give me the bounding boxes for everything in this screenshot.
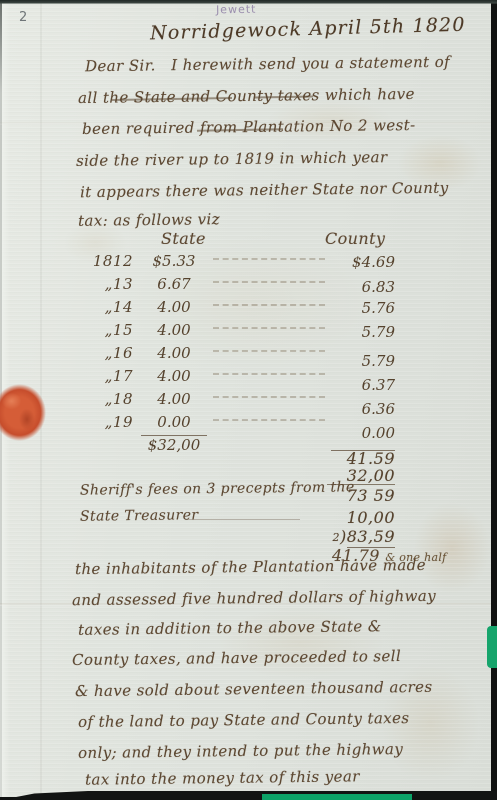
table-row: „13 6.67 6.83 [75, 272, 395, 295]
state-tax-cell: 4.00 [141, 298, 207, 316]
county-tax-cell: 5.79 [331, 323, 395, 341]
body-line: side the river up to 1819 in which year [76, 148, 388, 170]
letter-paper: 2 Jewett Norridgewock April 5th 1820 Dea… [0, 3, 491, 797]
closing-line: of the land to pay State and County taxe… [78, 709, 410, 731]
flourish-line [185, 519, 300, 520]
county-tax-cell: 0.00 [331, 424, 395, 442]
sheriff-note-line: State Treasurer [80, 507, 199, 524]
body-line: all the State and County taxes which hav… [78, 85, 415, 107]
year-cell: „19 [75, 413, 133, 431]
column-header-county: County [325, 229, 385, 248]
scan-border-right [489, 0, 497, 800]
county-tax-cell: 5.76 [331, 299, 395, 317]
body-line: been required from Plantation No 2 west- [82, 116, 416, 138]
year-cell: „13 [75, 275, 133, 293]
state-tax-cell: 4.00 [141, 390, 207, 408]
pencil-annotation: Jewett [216, 3, 257, 17]
closing-line: the inhabitants of the Plantation have m… [75, 556, 426, 578]
dash-leader [213, 395, 325, 398]
state-tax-cell: 0.00 [141, 413, 207, 431]
sheriff-note-line: Sheriff's fees on 3 precepts from the [80, 479, 355, 498]
year-cell: „17 [75, 367, 133, 385]
closing-line: County taxes, and have proceeded to sell [72, 647, 401, 669]
letter-dateline: Norridgewock April 5th 1820 [150, 14, 466, 45]
dash-leader [213, 349, 325, 352]
county-tax-cell: 6.37 [331, 376, 395, 394]
tax-table-header: State County [75, 229, 395, 249]
state-tax-cell: 6.67 [141, 275, 207, 293]
table-row: 1812 $5.33 $4.69 [75, 249, 395, 272]
state-tax-cell: 4.00 [141, 321, 207, 339]
closing-line: & have sold about seventeen thousand acr… [75, 678, 433, 700]
closing-line: only; and they intend to put the highway [78, 740, 403, 762]
closing-line: tax into the money tax of this year [85, 767, 360, 788]
year-cell: „16 [75, 344, 133, 362]
scan-border-top [0, 0, 497, 4]
scanner-green-strip-bottom [262, 794, 412, 800]
scan-border-bottom [10, 791, 497, 800]
state-tax-cell: 4.00 [141, 344, 207, 362]
county-tax-cell: 6.83 [331, 278, 395, 296]
closing-line: taxes in addition to the above State & [78, 617, 382, 639]
divisor: 2 [332, 531, 340, 544]
dash-leader [213, 303, 325, 306]
year-cell: „14 [75, 298, 133, 316]
year-cell: „18 [75, 390, 133, 408]
division-bracket: ) [340, 527, 347, 546]
county-tax-cell: $4.69 [331, 253, 395, 271]
column-header-state: State [161, 229, 206, 248]
division-line: 2)83,59 [303, 527, 395, 546]
county-tax-cell: 6.36 [331, 400, 395, 418]
county-tax-cell: 5.79 [331, 352, 395, 370]
dash-leader [213, 418, 325, 421]
scanned-letter-page: 2 Jewett Norridgewock April 5th 1820 Dea… [0, 0, 497, 800]
table-row: „16 4.00 5.79 [75, 341, 395, 364]
sheriff-fees-amount: 10,00 [303, 508, 395, 527]
dash-leader [213, 326, 325, 329]
state-total-cell: $32,00 [141, 435, 207, 454]
dash-leader [213, 372, 325, 375]
page-number: 2 [19, 10, 27, 25]
scanner-green-tab-right [487, 626, 497, 668]
grand-total: 83,59 [347, 527, 395, 548]
year-cell: „15 [75, 321, 133, 339]
body-line: Dear Sir. I herewith send you a statemen… [85, 53, 450, 75]
table-row: „14 4.00 5.76 [75, 295, 395, 318]
dash-leader [213, 257, 325, 260]
body-line: it appears there was neither State nor C… [80, 179, 449, 202]
state-tax-cell: 4.00 [141, 367, 207, 385]
state-tax-cell: $5.33 [141, 252, 207, 270]
dash-leader [213, 280, 325, 283]
tax-table: 1812 $5.33 $4.69 „13 6.67 6.83 „14 4.00 … [75, 249, 395, 456]
year-cell: 1812 [75, 252, 133, 270]
body-line: tax: as follows viz [78, 210, 220, 230]
table-row: „15 4.00 5.79 [75, 318, 395, 341]
